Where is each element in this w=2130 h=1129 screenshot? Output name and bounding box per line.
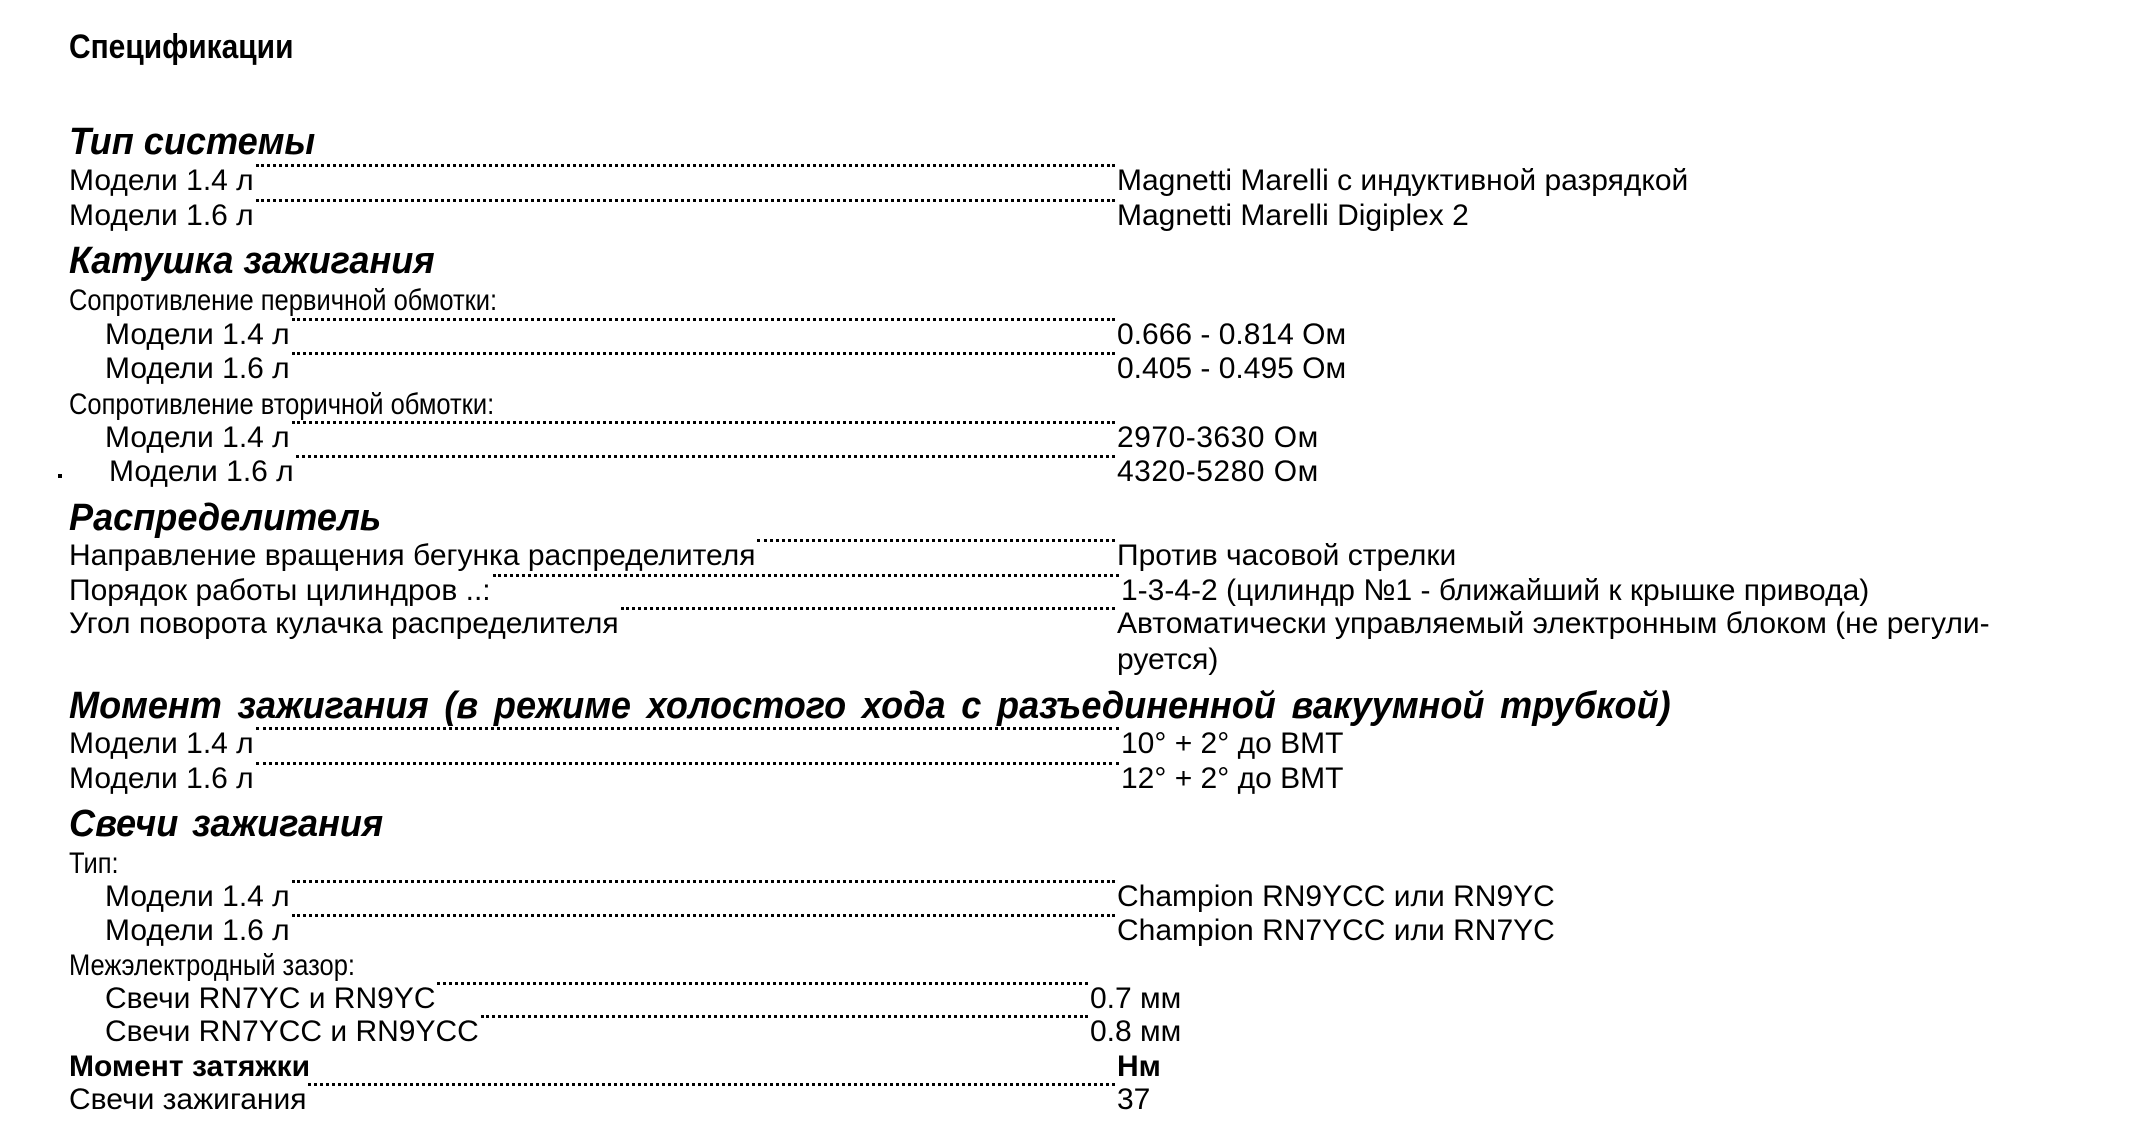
sub-label-type: Тип: <box>69 849 119 879</box>
spec-label: Модели 1.6 л <box>109 455 294 489</box>
spec-value: Magnetti Marelli с индуктивной разрядкой <box>1117 164 1688 198</box>
spec-label: Модели 1.6 л <box>69 199 254 233</box>
spec-row: Модели 1.6 л 0.405 - 0.495 Ом <box>105 352 1905 386</box>
spec-value: 2970-3630 Ом <box>1117 421 1319 455</box>
sub-label-gap: Межэлектродный зазор: <box>69 951 355 981</box>
leader-dots <box>757 539 1115 542</box>
spec-value: 1-3-4-2 (цилиндр №1 - ближайший к крышке… <box>1121 574 1869 608</box>
spec-value: Против часовой стрелки <box>1117 539 1456 573</box>
spec-label: Модели 1.4 л <box>69 164 254 198</box>
spec-row: Модели 1.4 л Magnetti Marelli с индуктив… <box>69 164 1869 198</box>
sub-label-secondary: Сопротивление вторичной обмотки: <box>69 390 494 420</box>
spec-row: Модели 1.6 л 12° + 2° до ВМТ <box>69 762 1869 796</box>
leader-dots <box>437 982 1088 985</box>
spec-label: Модели 1.4 л <box>105 880 290 914</box>
spec-label: Модели 1.6 л <box>105 914 290 948</box>
section-heading-spark-plugs: Свечи зажигания <box>69 805 383 843</box>
leader-dots <box>292 880 1115 883</box>
spec-value: 0.666 - 0.814 Ом <box>1117 318 1346 352</box>
sub-label-primary: Сопротивление первичной обмотки: <box>69 286 497 316</box>
spec-value-continuation: руется) <box>1117 645 1218 675</box>
spec-row: Направление вращения бегунка распределит… <box>69 539 2119 573</box>
leader-dots <box>292 914 1115 917</box>
stray-dot <box>58 474 62 478</box>
spec-row: Свечи RN7YC и RN9YC 0.7 мм <box>105 982 1905 1016</box>
spec-value: Magnetti Marelli Digiplex 2 <box>1117 199 1469 233</box>
leader-dots <box>493 574 1119 577</box>
spec-label: Свечи RN7YC и RN9YC <box>105 982 435 1016</box>
spec-value: Champion RN7YCC или RN7YC <box>1117 914 1555 948</box>
spec-row: Модели 1.6 л 4320-5280 Ом <box>109 455 1909 489</box>
spec-label: Модели 1.4 л <box>105 318 290 352</box>
spec-value: 37 <box>1117 1083 1150 1117</box>
spec-row: Свечи RN7YCC и RN9YCC 0.8 мм <box>105 1015 1905 1049</box>
spec-value: 0.7 мм <box>1090 982 1181 1016</box>
spec-row: Свечи зажигания 37 <box>69 1083 1869 1117</box>
spec-label: Свечи RN7YCC и RN9YCC <box>105 1015 479 1049</box>
spec-row: Модели 1.4 л Champion RN9YCC или RN9YC <box>105 880 1905 914</box>
leader-dots <box>256 762 1119 765</box>
leader-dots <box>292 352 1115 355</box>
spec-row: Модели 1.4 л 2970-3630 Ом <box>105 421 1905 455</box>
section-heading-ignition-coil: Катушка зажигания <box>69 242 435 280</box>
torque-heading: Момент затяжки <box>69 1052 310 1082</box>
leader-dots <box>292 318 1115 321</box>
spec-label: Модели 1.6 л <box>69 762 254 796</box>
spec-label: Модели 1.4 л <box>105 421 290 455</box>
spec-value: Автоматически управляемый электронным бл… <box>1117 607 1990 641</box>
spec-value: 0.405 - 0.495 Ом <box>1117 352 1346 386</box>
leader-dots <box>621 607 1115 610</box>
leader-dots <box>481 1015 1088 1018</box>
page-title: Спецификации <box>69 30 293 64</box>
spec-row: Модели 1.6 л Magnetti Marelli Digiplex 2 <box>69 199 1869 233</box>
section-heading-distributor: Распределитель <box>69 499 381 537</box>
spec-row: Порядок работы цилиндров ..: 1-3-4-2 (ци… <box>69 574 2119 608</box>
leader-dots <box>256 727 1119 730</box>
spec-row: Модели 1.4 л 10° + 2° до ВМТ <box>69 727 1869 761</box>
spec-row: Модели 1.4 л 0.666 - 0.814 Ом <box>105 318 1905 352</box>
spec-value: 4320-5280 Ом <box>1117 455 1319 489</box>
spec-row: Угол поворота кулачка распределителя Авт… <box>69 607 2119 641</box>
leader-dots <box>308 1083 1115 1086</box>
leader-dots <box>256 199 1115 202</box>
torque-unit: Нм <box>1117 1052 1161 1082</box>
spec-value: Champion RN9YCC или RN9YC <box>1117 880 1555 914</box>
spec-label: Порядок работы цилиндров ..: <box>69 574 491 608</box>
section-heading-ignition-timing: Момент зажигания (в режиме холостого ход… <box>69 687 1671 725</box>
spec-label: Направление вращения бегунка распределит… <box>69 539 755 573</box>
spec-value: 0.8 мм <box>1090 1015 1181 1049</box>
section-heading-system-type: Тип системы <box>69 123 315 161</box>
spec-label: Модели 1.6 л <box>105 352 290 386</box>
leader-dots <box>256 164 1115 167</box>
leader-dots <box>292 421 1115 424</box>
spec-label: Угол поворота кулачка распределителя <box>69 607 619 641</box>
leader-dots <box>296 455 1115 458</box>
spec-value: 12° + 2° до ВМТ <box>1121 762 1343 796</box>
spec-value: 10° + 2° до ВМТ <box>1121 727 1343 761</box>
spec-label: Модели 1.4 л <box>69 727 254 761</box>
spec-row: Модели 1.6 л Champion RN7YCC или RN7YC <box>105 914 1905 948</box>
spec-label: Свечи зажигания <box>69 1083 306 1117</box>
